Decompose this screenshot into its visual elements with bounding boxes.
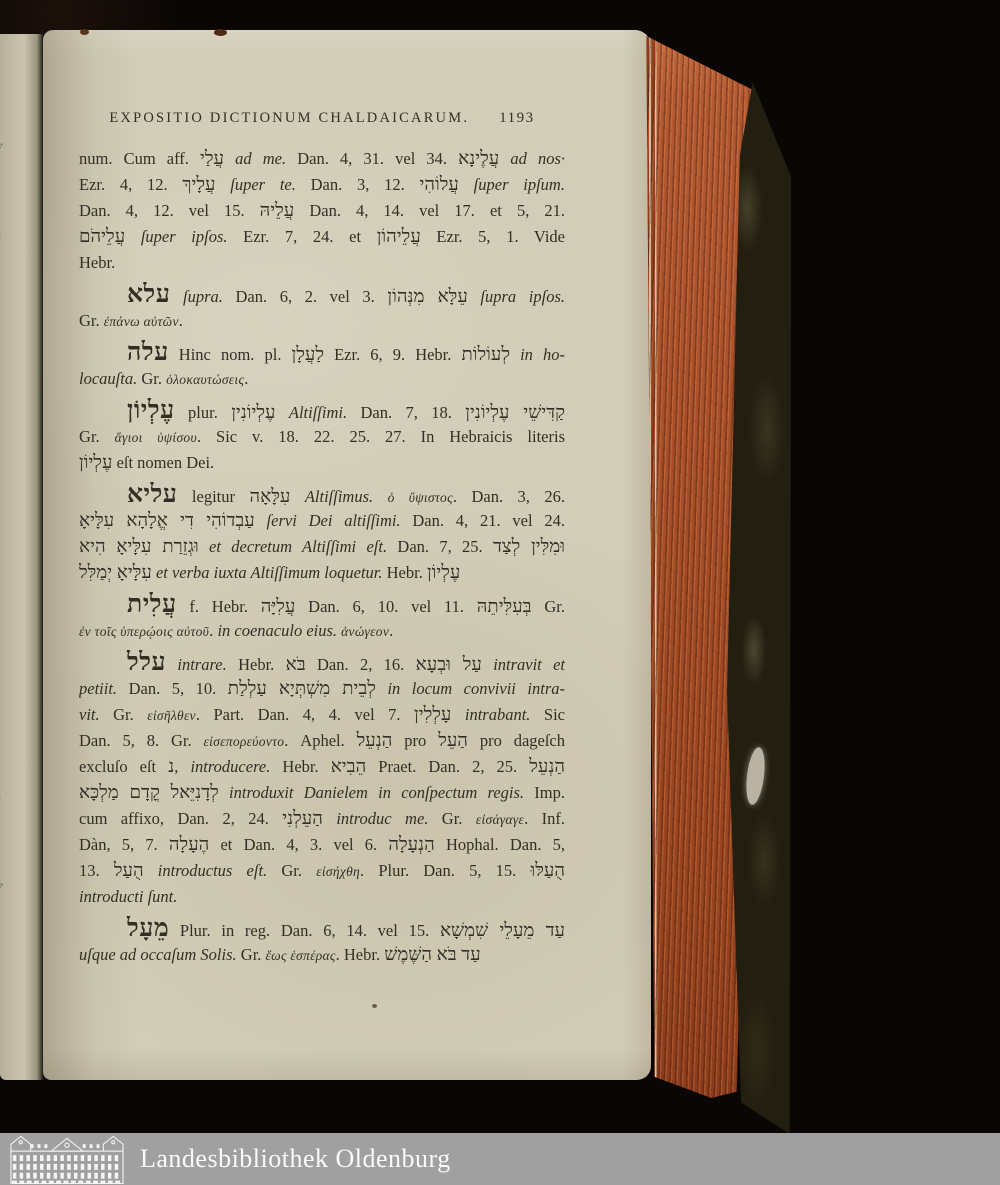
- text-line: מֵעָל Plur. in reg. Dan. 6, 14. vel 15. …: [79, 916, 565, 942]
- bleed-fragment: ם: [0, 790, 1, 807]
- bleed-fragment: ע: [0, 930, 1, 947]
- watermark-label: Landesbibliothek Oldenburg: [140, 1144, 451, 1174]
- paper-fleck: [80, 29, 89, 35]
- text-line: introducti ſunt.: [79, 884, 565, 910]
- text-line: vit. Gr. εἰσῆλθεν. Part. Dan. 4, 4. vel …: [79, 702, 565, 728]
- opposite-page-edge: שולםעהיןבתלםשע: [0, 34, 43, 1080]
- library-building-logo: [8, 1134, 126, 1184]
- dictionary-paragraph: num. Cum aff. עֲלַי ad me. Dan. 4, 31. v…: [79, 146, 565, 276]
- text-line: עִלָּיאָ יְמַלִּל et verba iuxta Altiſſi…: [79, 560, 565, 586]
- text-line: excluſo eſt נ, introducere. Hebr. הֵבִיא…: [79, 754, 565, 780]
- text-line: עֶלְיוֹן plur. עֶלְיוֹנִין Altiſſimi. Da…: [79, 398, 565, 424]
- text-line: Dan. 5, 8. Gr. εἰσεπορεύοντο. Aphel. הַנ…: [79, 728, 565, 754]
- text-line: cum affixo, Dan. 2, 24. הַעֵלְנִי introd…: [79, 806, 565, 832]
- text-line: ἐν τοῖς ὑπερῴοις αὐτοῦ. in coenaculo eiu…: [79, 618, 565, 644]
- book-page: EXPOSITIO DICTIONUM CHALDAICARUM. 1193 n…: [43, 30, 651, 1080]
- text-line: עלה Hinc nom. pl. לַעֲלָן Ezr. 6, 9. Heb…: [79, 340, 565, 366]
- dictionary-paragraph: עֲלִית f. Hebr. עֲלִיָּה Dan. 6, 10. vel…: [79, 592, 565, 644]
- scanned-book-photo: שולםעהיןבתלםשע EXPOSITIO DICTIONUM CHALD…: [0, 0, 1000, 1185]
- page-number: 1193: [499, 110, 534, 127]
- bleed-fragment: ש: [0, 140, 3, 157]
- hebrew-headword: עלה: [127, 340, 169, 366]
- bleed-fragment: ם: [0, 228, 1, 245]
- text-line: עֲלֵיהֹם ſuper ipſos. Ezr. 7, 24. et עֲל…: [79, 224, 565, 250]
- text-line: petiit. Dan. 5, 10. לְבֵית מִשְׁתְּיָא ע…: [79, 676, 565, 702]
- text-line: Dàn, 5, 7. הֶעָלָה et Dan. 4, 3. vel 6. …: [79, 832, 565, 858]
- text-line: Ezr. 4, 12. עֲלָיךְ ſuper te. Dan. 3, 12…: [79, 172, 565, 198]
- dictionary-text-block: num. Cum aff. עֲלַי ad me. Dan. 4, 31. v…: [79, 146, 565, 968]
- text-line: עַבְדוֹהִי דִי אֱלָהָא עִלָּיאָ ſervi De…: [79, 508, 565, 534]
- dictionary-paragraph: עלה Hinc nom. pl. לַעֲלָן Ezr. 6, 9. Heb…: [79, 340, 565, 392]
- text-line: לְדָנִיֵּאל קֳדָם מַלְכָּא introduxit Da…: [79, 780, 565, 806]
- hebrew-headword: עלא: [127, 282, 170, 308]
- paper-fleck: [372, 1004, 377, 1008]
- text-line: Gr. ἅγιοι ὑψίσου. Sic v. 18. 22. 25. 27.…: [79, 424, 565, 450]
- bleed-fragment: ה: [0, 332, 1, 349]
- text-line: Gr. ἐπάνω αὐτῶν.: [79, 308, 565, 334]
- dictionary-paragraph: עֶלְיוֹן plur. עֶלְיוֹנִין Altiſſimi. Da…: [79, 398, 565, 476]
- library-watermark-bar: Landesbibliothek Oldenburg: [0, 1133, 1000, 1185]
- dictionary-paragraph: עלל intrare. Hebr. בֹּא Dan. 2, 16. עַל …: [79, 650, 565, 910]
- text-line: עלל intrare. Hebr. בֹּא Dan. 2, 16. עַל …: [79, 650, 565, 676]
- text-line: Dan. 4, 12. vel 15. עֲלֵיהּ Dan. 4, 14. …: [79, 198, 565, 224]
- hebrew-headword: עלל: [127, 650, 166, 676]
- bleed-fragment: ת: [0, 615, 1, 632]
- text-line: עֶלְיוֹן eſt nomen Dei.: [79, 450, 565, 476]
- text-line: Hebr.: [79, 250, 565, 276]
- hebrew-headword: מֵעָל: [127, 916, 169, 942]
- dictionary-paragraph: עליא legitur עִלָּאָה Altiſſimus. ὁ ὕψισ…: [79, 482, 565, 586]
- hebrew-headword: עליא: [127, 482, 177, 508]
- hebrew-headword: עֲלִית: [127, 592, 177, 618]
- page-header-title: EXPOSITIO DICTIONUM CHALDAICARUM.: [109, 110, 469, 127]
- text-line: uſque ad occaſum Solis. Gr. ἕως ἑσπέρας.…: [79, 942, 565, 968]
- bleed-fragment: ש: [0, 880, 3, 897]
- text-line: עליא legitur עִלָּאָה Altiſſimus. ὁ ὕψισ…: [79, 482, 565, 508]
- dictionary-paragraph: מֵעָל Plur. in reg. Dan. 6, 14. vel 15. …: [79, 916, 565, 968]
- paper-fleck: [214, 29, 227, 36]
- dictionary-paragraph: עלא ſupra. Dan. 6, 2. vel 3. עֵלָּא מִנְ…: [79, 282, 565, 334]
- text-line: locauſta. Gr. ὁλοκαυτώσεις.: [79, 366, 565, 392]
- running-header: EXPOSITIO DICTIONUM CHALDAICARUM. 1193: [79, 110, 565, 127]
- text-line: 13. הֻעַל introductus eſt. Gr. εἰσήχθη. …: [79, 858, 565, 884]
- text-line: וּגְזֵרַת עִלָּיאָ הִיא et decretum Alti…: [79, 534, 565, 560]
- hebrew-headword: עֶלְיוֹן: [127, 398, 175, 424]
- bleed-fragment: ע: [0, 305, 1, 322]
- text-line: num. Cum aff. עֲלַי ad me. Dan. 4, 31. v…: [79, 146, 565, 172]
- text-line: עלא ſupra. Dan. 6, 2. vel 3. עֵלָּא מִנְ…: [79, 282, 565, 308]
- text-line: עֲלִית f. Hebr. עֲלִיָּה Dan. 6, 10. vel…: [79, 592, 565, 618]
